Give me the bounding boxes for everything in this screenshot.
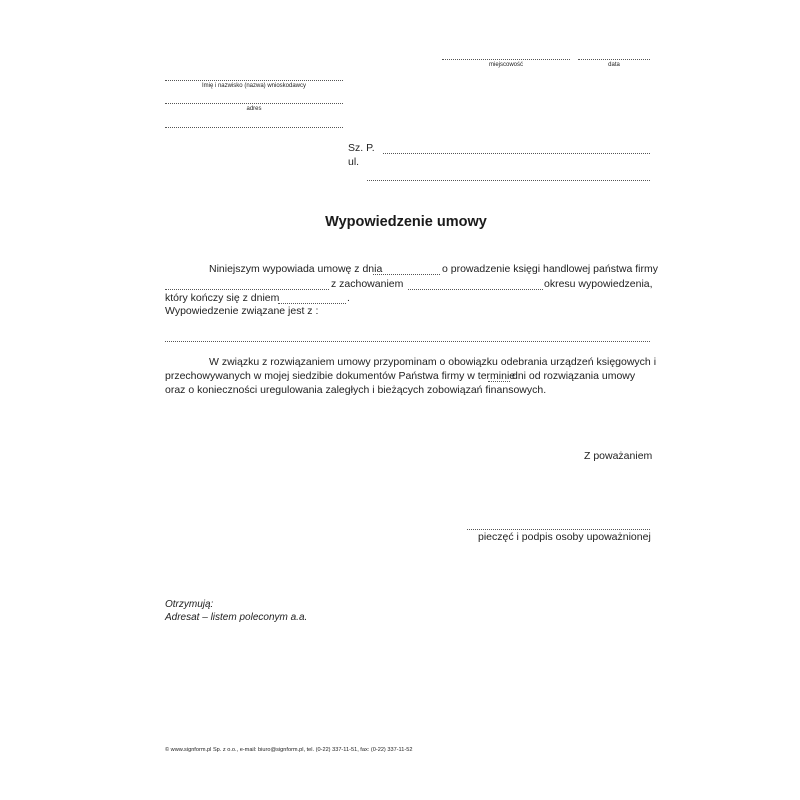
address-label: adres: [165, 106, 343, 112]
company-name-field[interactable]: [165, 289, 329, 290]
recipient-address-field[interactable]: [367, 180, 650, 181]
recipients-heading: Otrzymują:: [165, 599, 213, 610]
p1-line1-b: o prowadzenie księgi handlowej państwa f…: [442, 263, 658, 275]
p2-line2-b: dni od rozwiązania umowy: [512, 370, 635, 382]
salutation: Sz. P.: [348, 142, 375, 154]
date-field[interactable]: [578, 59, 650, 60]
p2-line2-a: przechowywanych w mojej siedzibie dokume…: [165, 370, 515, 382]
p2-line3: oraz o konieczności uregulowania zaległy…: [165, 384, 546, 396]
applicant-name-field[interactable]: [165, 80, 343, 81]
document-title: Wypowiedzenie umowy: [0, 214, 800, 230]
p1-line2-a: z zachowaniem: [331, 278, 403, 290]
recipients-line1: Adresat – listem poleconym a.a.: [165, 612, 307, 623]
p1-line1-a: Niniejszym wypowiada umowę z dnia: [209, 263, 382, 275]
signature-field[interactable]: [467, 529, 650, 530]
p2-line1: W związku z rozwiązaniem umowy przypomin…: [209, 356, 656, 368]
p1-line3-b: .: [347, 292, 350, 304]
place-field[interactable]: [442, 59, 570, 60]
date-label: data: [578, 62, 650, 68]
regards: Z poważaniem: [584, 450, 652, 462]
reason-field[interactable]: [165, 341, 650, 342]
p1-line2-b: okresu wypowiedzenia,: [544, 278, 653, 290]
p1-line4: Wypowiedzenie związane jest z :: [165, 305, 318, 317]
address-field[interactable]: [165, 103, 343, 104]
street-prefix: ul.: [348, 156, 359, 168]
footer-copyright: © www.signform.pl Sp. z o.o., e-mail: bi…: [165, 747, 412, 753]
days-field[interactable]: [488, 381, 510, 382]
signature-label: pieczęć i podpis osoby upoważnionej: [478, 531, 651, 543]
notice-period-field[interactable]: [408, 289, 543, 290]
applicant-name-label: Imię i nazwisko (nazwa) wnioskodawcy: [165, 83, 343, 89]
p1-line3-a: który kończy się z dniem: [165, 292, 279, 304]
place-label: miejscowość: [442, 62, 570, 68]
recipient-name-field[interactable]: [383, 153, 650, 154]
contract-date-field[interactable]: [373, 274, 440, 275]
end-date-field[interactable]: [278, 303, 346, 304]
address-field-2[interactable]: [165, 127, 343, 128]
